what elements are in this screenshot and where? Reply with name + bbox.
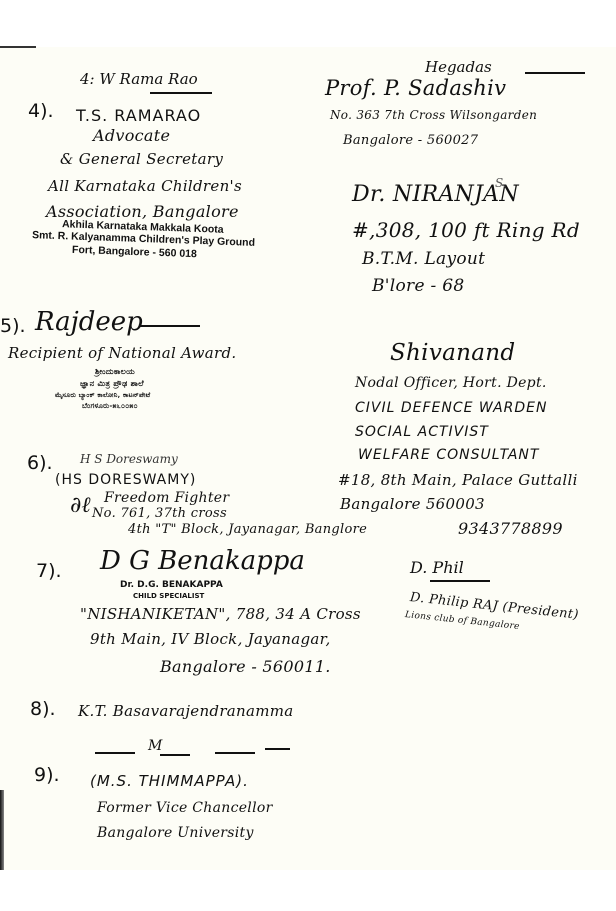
entry-line: Freedom Fighter [104, 490, 229, 506]
scan-edge-top [0, 46, 36, 48]
entry-line: WELFARE CONSULTANT [358, 447, 539, 463]
entry-line: 9th Main, IV Block, Jayanagar, [90, 630, 331, 648]
signature: 4: W Rama Rao [80, 70, 198, 88]
entry-line: SOCIAL ACTIVIST [355, 424, 489, 440]
signature-stroke [95, 752, 135, 754]
signature: Hegadas [425, 58, 492, 76]
entry-name: Prof. P. Sadashiv [325, 76, 506, 100]
signature-stroke [160, 754, 190, 756]
signature-stroke [265, 748, 290, 750]
entry-line: & General Secretary [60, 150, 223, 168]
entry-line: Nodal Officer, Hort. Dept. [355, 375, 547, 391]
signature: D G Benakappa [100, 546, 305, 576]
entry-number: 4). [28, 100, 54, 122]
entry-number: 6). [27, 452, 53, 474]
entry-line: #18, 8th Main, Palace Guttalli [338, 471, 578, 489]
entry-name: (HS DORESWAMY) [55, 472, 196, 488]
stamp-line: ಜ್ಞಾನ ಮಿತ್ರ ಪ್ರೌಢ ಶಾಲೆ [80, 379, 144, 389]
entry-name: (M.S. THIMMAPPA). [90, 772, 249, 790]
signature: D. Phil [410, 558, 464, 577]
entry-line: Bangalore - 560011. [160, 657, 331, 676]
entry-number: 7). [36, 560, 62, 582]
signature: Rajdeep [35, 307, 143, 337]
signature-underline [525, 72, 585, 74]
signature: S. [495, 176, 507, 190]
entry-line: B'lore - 68 [372, 276, 465, 296]
entry-line: No. 761, 37th cross [92, 506, 227, 521]
entry-number: 5). [0, 315, 26, 337]
entry-line: #,308, 100 ft Ring Rd [352, 218, 580, 242]
signature-underline [150, 92, 212, 94]
signature: H S Doreswamy [80, 452, 178, 466]
entry-line: CIVIL DEFENCE WARDEN [355, 400, 547, 416]
entry-number: 8). [30, 698, 56, 720]
stamp-line: ಬೆಂಗಳೂರು-೫೬೦೦೫೦ [82, 402, 138, 411]
entry-number: 9). [34, 764, 60, 786]
stamp-line: Dr. D.G. BENAKAPPA [120, 580, 223, 590]
stamp-line: ಶ್ರೀಂದುಕಾಲಯ [95, 367, 135, 377]
scan-edge-left [0, 790, 4, 870]
signature-stroke [215, 752, 255, 754]
entry-line: "NISHANIKETAN", 788, 34 A Cross [80, 605, 361, 623]
stamp-line: ಮೈಸೂರು ಬ್ಯಾಂಕ್ ಕಾಲೋನಿ, ಕಾಟನ್‌ಪೇಟೆ [55, 391, 150, 400]
signature-underline [140, 325, 200, 327]
entry-line: No. 363 7th Cross Wilsongarden [330, 108, 537, 122]
entry-line: 4th "T" Block, Jayanagar, Banglore [128, 522, 367, 537]
entry-line: Recipient of National Award. [8, 344, 236, 362]
entry-line: Former Vice Chancellor [97, 800, 273, 816]
entry-line: Bangalore - 560027 [343, 133, 478, 148]
entry-name: Shivanand [390, 340, 515, 366]
phone-number: 9343778899 [458, 519, 563, 538]
entry-line: Bangalore University [97, 825, 254, 841]
entry-name: T.S. RAMARAO [76, 106, 201, 125]
stamp-line: CHILD SPECIALIST [133, 592, 204, 600]
initials-mark: ∂ℓ [70, 492, 91, 518]
entry-line: B.T.M. Layout [362, 249, 485, 269]
signature: M [148, 738, 162, 754]
entry-line: Bangalore 560003 [340, 495, 485, 513]
entry-line: Advocate [93, 126, 170, 145]
entry-name: Dr. NIRANJAN [352, 182, 519, 207]
entry-line: All Karnataka Children's [48, 177, 242, 195]
signature: K.T. Basavarajendranamma [78, 702, 294, 720]
signature-underline [430, 580, 490, 582]
